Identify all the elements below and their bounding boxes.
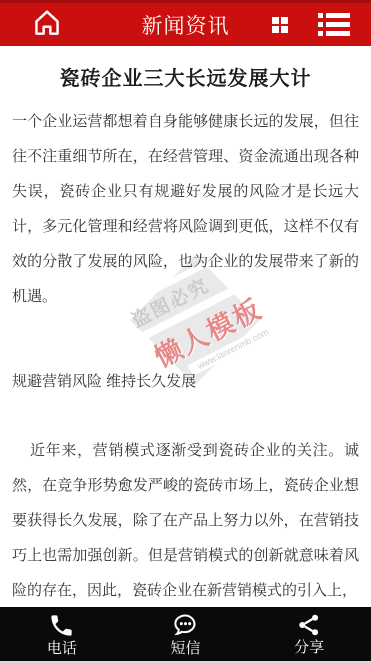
- phone-label: 电话: [47, 640, 77, 657]
- home-icon: [30, 7, 64, 42]
- grid-view-button[interactable]: [272, 17, 288, 33]
- footer-toolbar: 电话 短信 分享: [0, 607, 371, 663]
- menu-button[interactable]: [318, 13, 350, 36]
- phone-button[interactable]: 电话: [0, 607, 124, 661]
- sms-label: 短信: [171, 640, 201, 657]
- article-paragraph-2: 近年来，营销模式逐渐受到瓷砖企业的关注。诚然，在竞争形势愈发严峻的瓷砖市场上，瓷…: [12, 433, 359, 608]
- grid-icon: [272, 17, 279, 24]
- header-actions: [272, 3, 350, 46]
- article-title: 瓷砖企业三大长远发展大计: [12, 62, 359, 91]
- article-subheading: 规避营销风险 维持长久发展: [12, 364, 359, 399]
- article-paragraph-1: 一个企业运营都想着自身能够健康长远的发展，但往往不注重细节所在，在经营管理、资金…: [12, 104, 359, 314]
- share-button[interactable]: 分享: [247, 607, 371, 661]
- home-button[interactable]: [30, 7, 64, 42]
- article: 瓷砖企业三大长远发展大计 一个企业运营都想着自身能够健康长远的发展，但往往不注重…: [0, 46, 371, 608]
- sms-button[interactable]: 短信: [124, 607, 248, 661]
- app-header: 新闻资讯: [0, 0, 371, 46]
- share-icon: [296, 612, 322, 638]
- phone-icon: [48, 612, 75, 639]
- page: 新闻资讯 盗图必究 懒人模板 www.lanrenmb.com 瓷砖企业三: [0, 0, 371, 663]
- share-label: 分享: [294, 639, 324, 656]
- sms-icon: [171, 612, 200, 639]
